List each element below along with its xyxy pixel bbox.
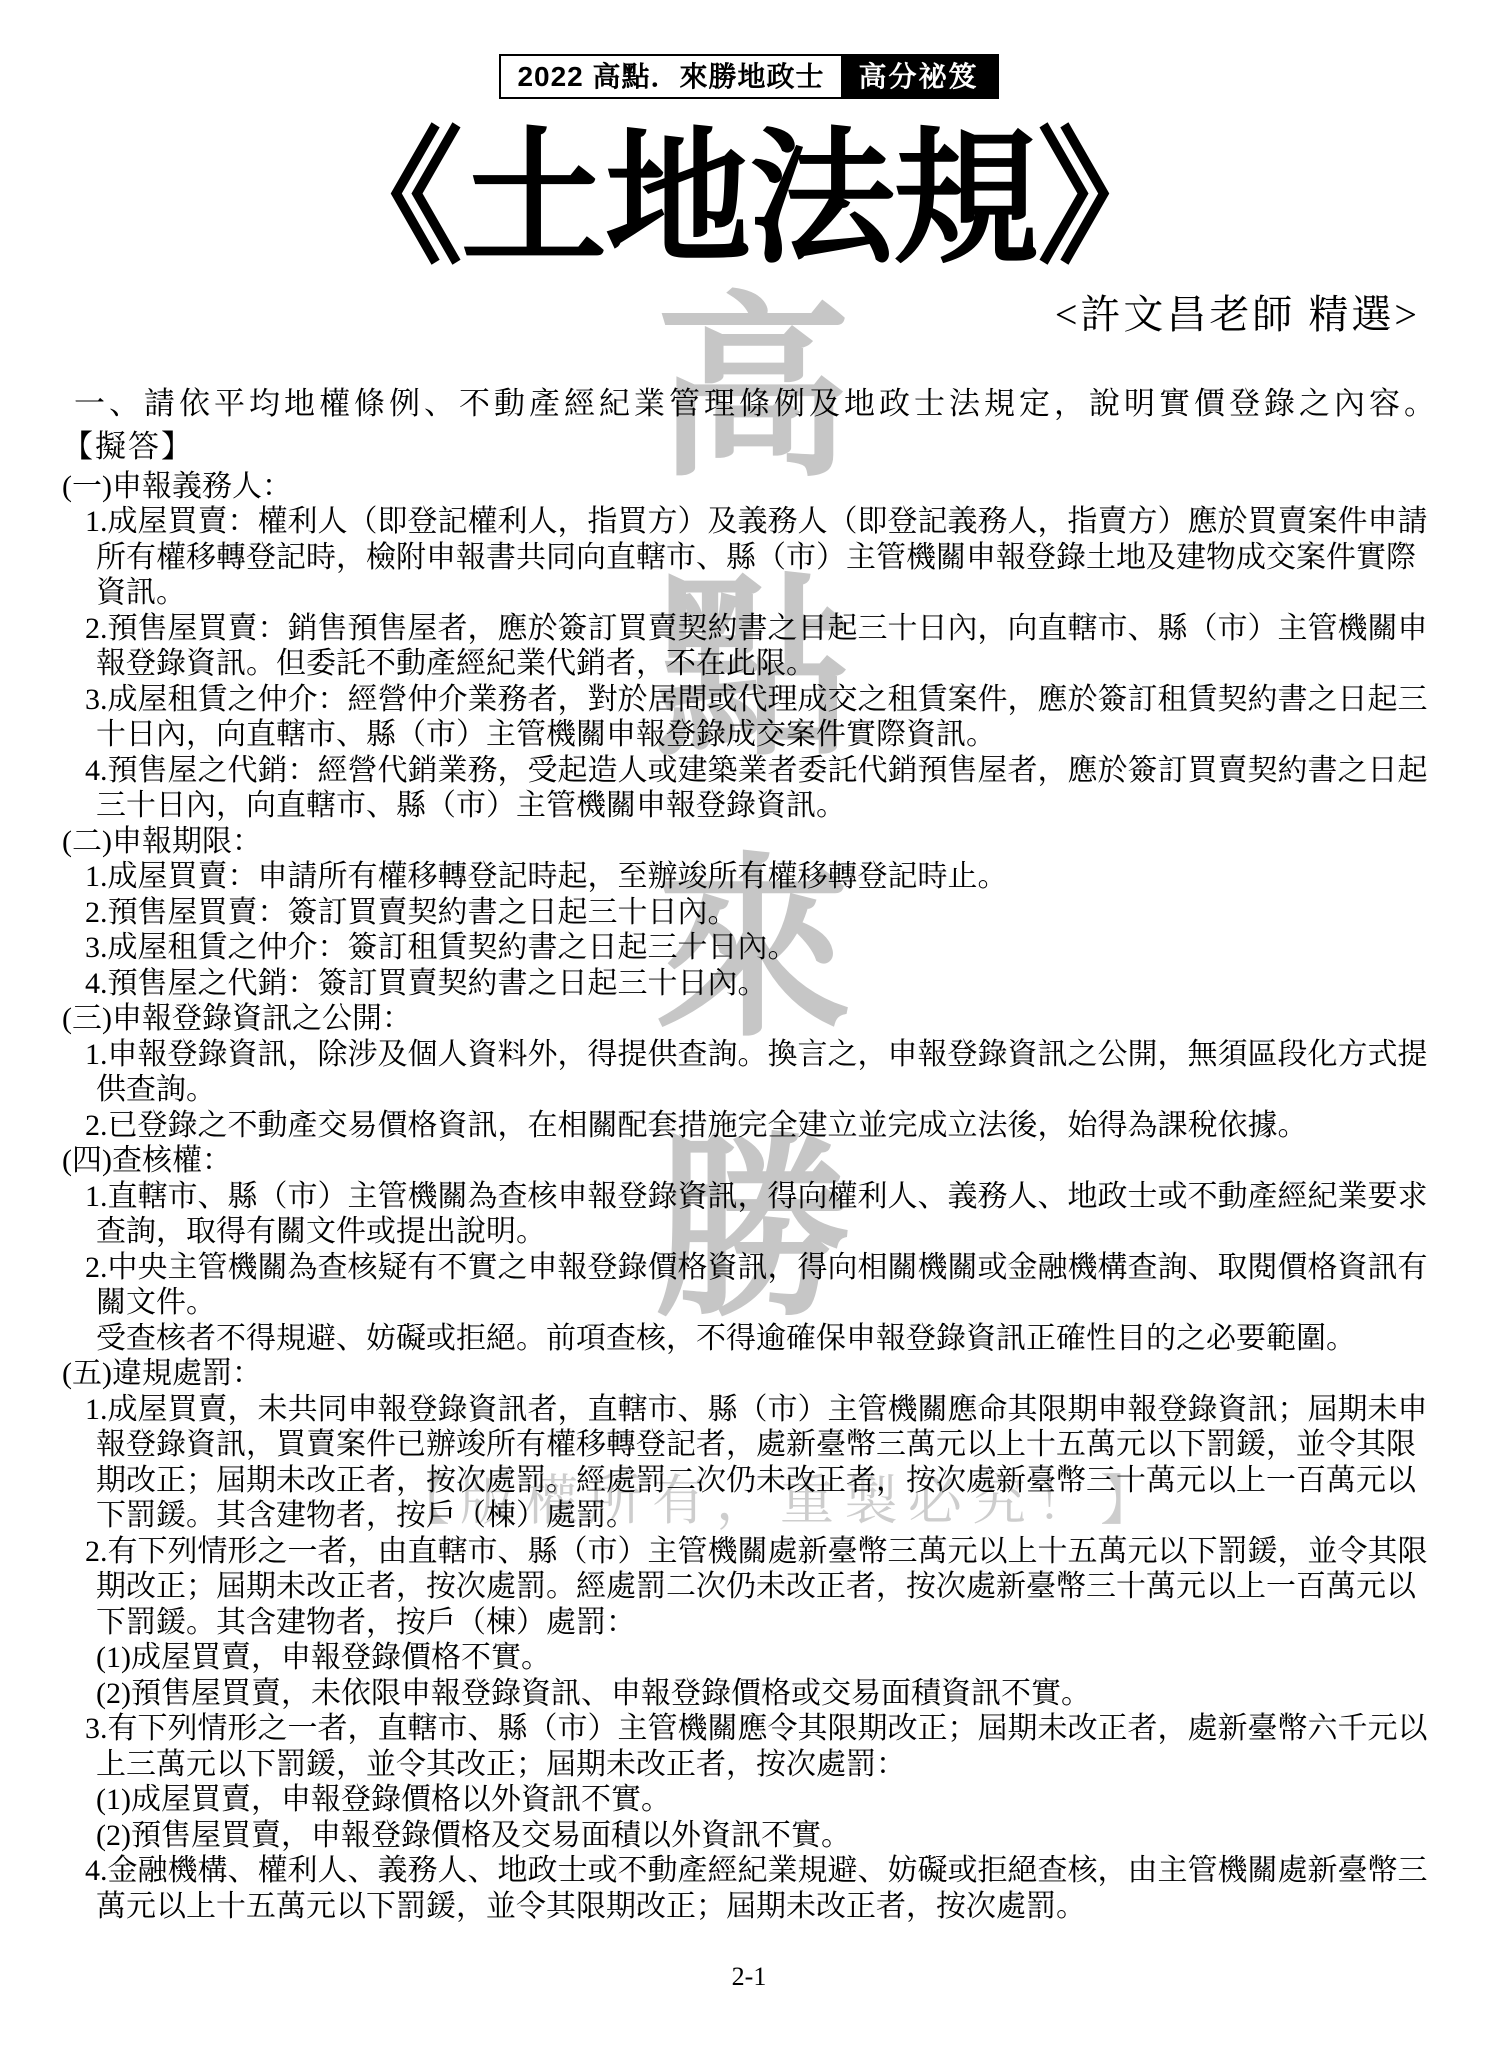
exam-question: 一、請依平均地權條例、不動產經紀業管理條例及地政士法規定，說明實價登錄之內容。 — [74, 384, 1458, 424]
answer-section: (三)申報登錄資訊之公開：1.申報登錄資訊，除涉及個人資料外，得提供查詢。換言之… — [62, 1001, 1440, 1143]
answer-subitem: (2)預售屋買賣，未依限申報登錄資訊、申報登錄價格或交易面積資訊不實。 — [96, 1676, 1440, 1712]
answer-note: 受查核者不得規避、妨礙或拒絕。前項查核，不得逾確保申報登錄資訊正確性目的之必要範… — [96, 1321, 1440, 1357]
page-title: 《土地法規》 — [0, 117, 1498, 281]
page-header: 2022 高點．來勝地政士 高分祕笈 — [0, 0, 1498, 99]
answer-section: (二)申報期限：1.成屋買賣：申請所有權移轉登記時起，至辦竣所有權移轉登記時止。… — [62, 824, 1440, 1002]
document-page: 高點來勝 【版權所有，重製必究！】 2022 高點．來勝地政士 高分祕笈 《土地… — [0, 0, 1498, 2048]
header-brand: 2022 高點．來勝地政士 — [501, 56, 840, 97]
author-subtitle: <許文昌老師 精選> — [0, 283, 1498, 340]
answer-item: 3.成屋租賃之仲介：經營仲介業務者，對於居間或代理成交之租賃案件，應於簽訂租賃契… — [96, 682, 1440, 753]
answer-item: 2.預售屋買賣：簽訂買賣契約書之日起三十日內。 — [96, 895, 1440, 931]
answer-section: (一)申報義務人：1.成屋買賣：權利人（即登記權利人，指買方）及義務人（即登記義… — [62, 469, 1440, 824]
answer-item: 1.申報登錄資訊，除涉及個人資料外，得提供查詢。換言之，申報登錄資訊之公開，無須… — [96, 1037, 1440, 1108]
answer-subitem: (1)成屋買賣，申報登錄價格不實。 — [96, 1640, 1440, 1676]
answer-section: (五)違規處罰：1.成屋買賣，未共同申報登錄資訊者，直轄市、縣（市）主管機關應命… — [62, 1356, 1440, 1924]
answer-sections: (一)申報義務人：1.成屋買賣：權利人（即登記權利人，指買方）及義務人（即登記義… — [62, 469, 1440, 1925]
answer-item: 4.預售屋之代銷：經營代銷業務，受起造人或建築業者委託代銷預售屋者，應於簽訂買賣… — [96, 753, 1440, 824]
answer-item: 2.已登錄之不動產交易價格資訊，在相關配套措施完全建立並完成立法後，始得為課稅依… — [96, 1108, 1440, 1144]
answer-section: (四)查核權：1.直轄市、縣（市）主管機關為查核申報登錄資訊，得向權利人、義務人… — [62, 1143, 1440, 1356]
answer-item: 1.成屋買賣：申請所有權移轉登記時起，至辦竣所有權移轉登記時止。 — [96, 859, 1440, 895]
answer-subitem: (2)預售屋買賣，申報登錄價格及交易面積以外資訊不實。 — [96, 1818, 1440, 1854]
answer-item: 2.中央主管機關為查核疑有不實之申報登錄價格資訊，得向相關機關或金融機構查詢、取… — [96, 1250, 1440, 1321]
answer-item: 3.成屋租賃之仲介：簽訂租賃契約書之日起三十日內。 — [96, 930, 1440, 966]
answer-subitem: (1)成屋買賣，申報登錄價格以外資訊不實。 — [96, 1782, 1440, 1818]
answer-item: 4.預售屋之代銷：簽訂買賣契約書之日起三十日內。 — [96, 966, 1440, 1002]
header-badge: 高分祕笈 — [841, 56, 997, 97]
answer-item: 1.成屋買賣，未共同申報登錄資訊者，直轄市、縣（市）主管機關應命其限期申報登錄資… — [96, 1392, 1440, 1534]
answer-item: 2.預售屋買賣：銷售預售屋者，應於簽訂買賣契約書之日起三十日內，向直轄市、縣（市… — [96, 611, 1440, 682]
answer-item: 4.金融機構、權利人、義務人、地政士或不動產經紀業規避、妨礙或拒絕查核，由主管機… — [96, 1853, 1440, 1924]
page-content: 2022 高點．來勝地政士 高分祕笈 《土地法規》 <許文昌老師 精選> 一、請… — [0, 0, 1498, 1924]
section-heading: (五)違規處罰： — [62, 1356, 1440, 1392]
section-heading: (三)申報登錄資訊之公開： — [62, 1001, 1440, 1037]
answer-item: 1.成屋買賣：權利人（即登記權利人，指買方）及義務人（即登記義務人，指賣方）應於… — [96, 504, 1440, 611]
section-heading: (一)申報義務人： — [62, 469, 1440, 505]
page-number: 2-1 — [0, 1962, 1498, 1992]
section-heading: (二)申報期限： — [62, 824, 1440, 860]
answer-item: 2.有下列情形之一者，由直轄市、縣（市）主管機關處新臺幣三萬元以上十五萬元以下罰… — [96, 1534, 1440, 1641]
section-heading: (四)查核權： — [62, 1143, 1440, 1179]
answer-label: 【擬答】 — [62, 427, 1498, 467]
header-box: 2022 高點．來勝地政士 高分祕笈 — [499, 54, 998, 99]
answer-item: 1.直轄市、縣（市）主管機關為查核申報登錄資訊，得向權利人、義務人、地政士或不動… — [96, 1179, 1440, 1250]
answer-item: 3.有下列情形之一者，直轄市、縣（市）主管機關應令其限期改正；屆期未改正者，處新… — [96, 1711, 1440, 1782]
